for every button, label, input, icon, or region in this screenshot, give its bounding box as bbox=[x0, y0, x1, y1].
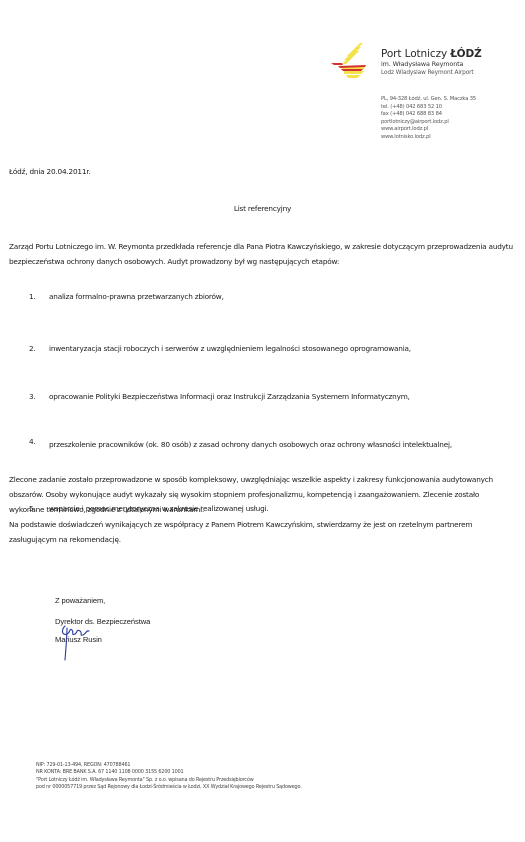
brand-subtitle: im. Władysława Reymonta bbox=[381, 60, 482, 69]
brand-title: Port Lotniczy ŁÓDŹ bbox=[381, 48, 482, 60]
letter-title: List referencyjny bbox=[0, 204, 525, 213]
stages-list: 1.analiza formalno-prawna przetwarzanych… bbox=[29, 290, 519, 366]
contact-website-airport: www.airport.lodz.pl bbox=[381, 126, 476, 134]
contact-phone: tel. (+48) 042 683 52 10 bbox=[381, 104, 476, 112]
list-text: przeszkolenie pracowników (ok. 80 osób) … bbox=[49, 440, 452, 449]
contact-address: PL, 94-328 Łódź, ul. Gen. S. Maczka 35 bbox=[381, 96, 476, 104]
airport-wing-logo-icon bbox=[330, 42, 370, 80]
closing-block: Zlecone zadanie zostało przeprowadzone w… bbox=[9, 472, 519, 547]
list-text: analiza formalno-prawna przetwarzanych z… bbox=[49, 292, 224, 301]
footer-court-registration: pod nr 0000057719 przez Sąd Rejonowy dla… bbox=[36, 784, 302, 791]
closing-paragraph-recommendation: Na podstawie doświadczeń wynikających ze… bbox=[9, 517, 499, 547]
footer-bank-account: NR KONTA: BRE BANK S.A. 67 1140 1108 000… bbox=[36, 769, 302, 776]
handwritten-signature-icon bbox=[59, 622, 95, 662]
brand-block: Port Lotniczy ŁÓDŹ im. Władysława Reymon… bbox=[381, 48, 482, 78]
list-number: 4. bbox=[29, 435, 36, 449]
brand-english-name: Lodz Wladyslaw Reymont Airport bbox=[381, 69, 482, 78]
contact-website-lotnisko: www.lotnisko.lodz.pl bbox=[381, 134, 476, 142]
list-number: 2. bbox=[29, 342, 36, 356]
list-item: 4.przeszkolenie pracowników (ok. 80 osób… bbox=[29, 435, 479, 455]
company-footer: NIP: 729-01-13-494, REGON: 470788461 NR … bbox=[36, 762, 302, 792]
list-number: 3. bbox=[29, 390, 36, 404]
list-text: inwentaryzacja stacji roboczych i serwer… bbox=[49, 344, 411, 353]
contact-email: portlotniczy@airport.lodz.pl bbox=[381, 119, 476, 127]
intro-paragraph: Zarząd Portu Lotniczego im. W. Reymonta … bbox=[9, 239, 519, 269]
place-date: Łódź, dnia 20.04.2011r. bbox=[9, 167, 91, 176]
footer-tax-ids: NIP: 729-01-13-494, REGON: 470788461 bbox=[36, 762, 302, 769]
greeting: Z poważaniem, bbox=[55, 596, 105, 605]
list-item: 2.inwentaryzacja stacji roboczych i serw… bbox=[29, 342, 519, 356]
contact-details: PL, 94-328 Łódź, ul. Gen. S. Maczka 35 t… bbox=[381, 96, 476, 142]
list-item: 3.opracowanie Polityki Bezpieczeństwa In… bbox=[29, 390, 519, 404]
list-item: 1.analiza formalno-prawna przetwarzanych… bbox=[29, 290, 519, 304]
contact-fax: fax (+48) 042 688 83 84 bbox=[381, 111, 476, 119]
list-number: 1. bbox=[29, 290, 36, 304]
list-text: opracowanie Polityki Bezpieczeństwa Info… bbox=[49, 392, 410, 401]
closing-paragraph-assessment: Zlecone zadanie zostało przeprowadzone w… bbox=[9, 472, 514, 517]
